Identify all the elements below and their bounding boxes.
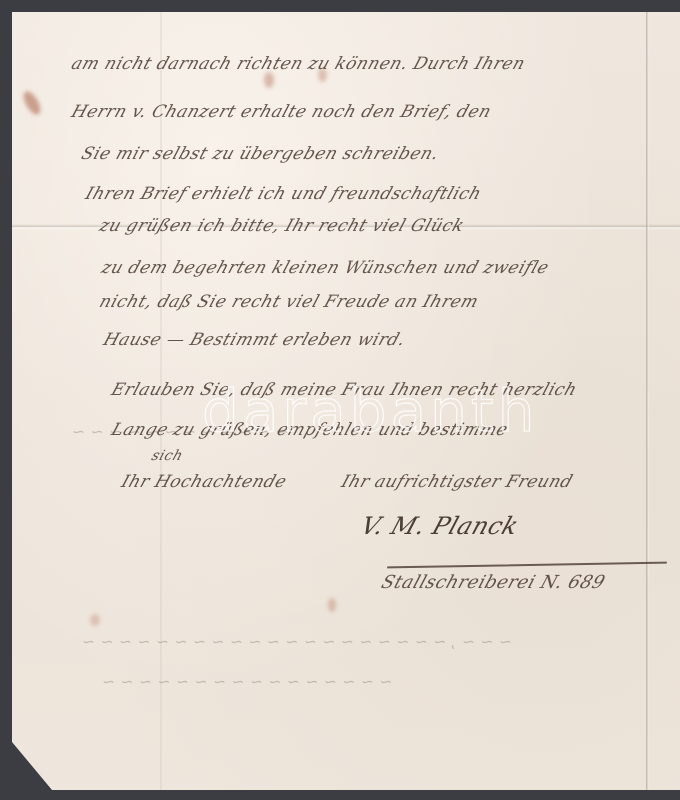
letter-paper: ~ ~ ~ , ~ ~ ~ ~ ~ ~ ~ ~ ~ ~ ~ ~ ~ ~ ~ ~ … xyxy=(12,12,680,790)
watermark: darabanth xyxy=(202,377,538,445)
rust-stain xyxy=(264,72,274,88)
signature-underline xyxy=(387,562,667,569)
letter-line: zu dem begehrten kleinen Wünschen und zw… xyxy=(99,258,552,278)
rust-stain xyxy=(20,89,43,118)
letter-line: Sie mir selbst zu übergeben schreiben. xyxy=(79,144,442,164)
signature: V. M. Planck xyxy=(357,512,522,540)
letter-line: Hause — Bestimmt erleben wird. xyxy=(101,330,408,350)
closing-right: Ihr aufrichtigster Freund xyxy=(339,472,576,492)
address-line: Stallschreiberei N. 689 xyxy=(379,572,608,593)
letter-line: sich xyxy=(149,448,185,464)
letter-line: nicht, daß Sie recht viel Freude an Ihre… xyxy=(97,292,481,312)
vertical-fold-line xyxy=(646,12,649,790)
letter-line: zu grüßen ich bitte, Ihr recht viel Glüc… xyxy=(97,216,467,236)
rust-stain xyxy=(90,614,100,626)
ink-bleed-through: ~ ~ ~ ~ ~ ~ ~ ~ ~ ~ ~ ~ ~ ~ ~ ~ xyxy=(99,672,396,691)
letter-line: am nicht darnach richten zu können. Durc… xyxy=(69,54,528,74)
letter-line: Ihren Brief erhielt ich und freundschaft… xyxy=(83,184,484,204)
rust-stain xyxy=(328,598,336,612)
letter-line: Herrn v. Chanzert erhalte noch den Brief… xyxy=(69,102,494,122)
closing-left: Ihr Hochachtende xyxy=(119,472,290,492)
ink-bleed-through: ~ ~ ~ , ~ ~ ~ ~ ~ ~ ~ ~ ~ ~ ~ ~ ~ ~ ~ ~ … xyxy=(79,632,516,651)
